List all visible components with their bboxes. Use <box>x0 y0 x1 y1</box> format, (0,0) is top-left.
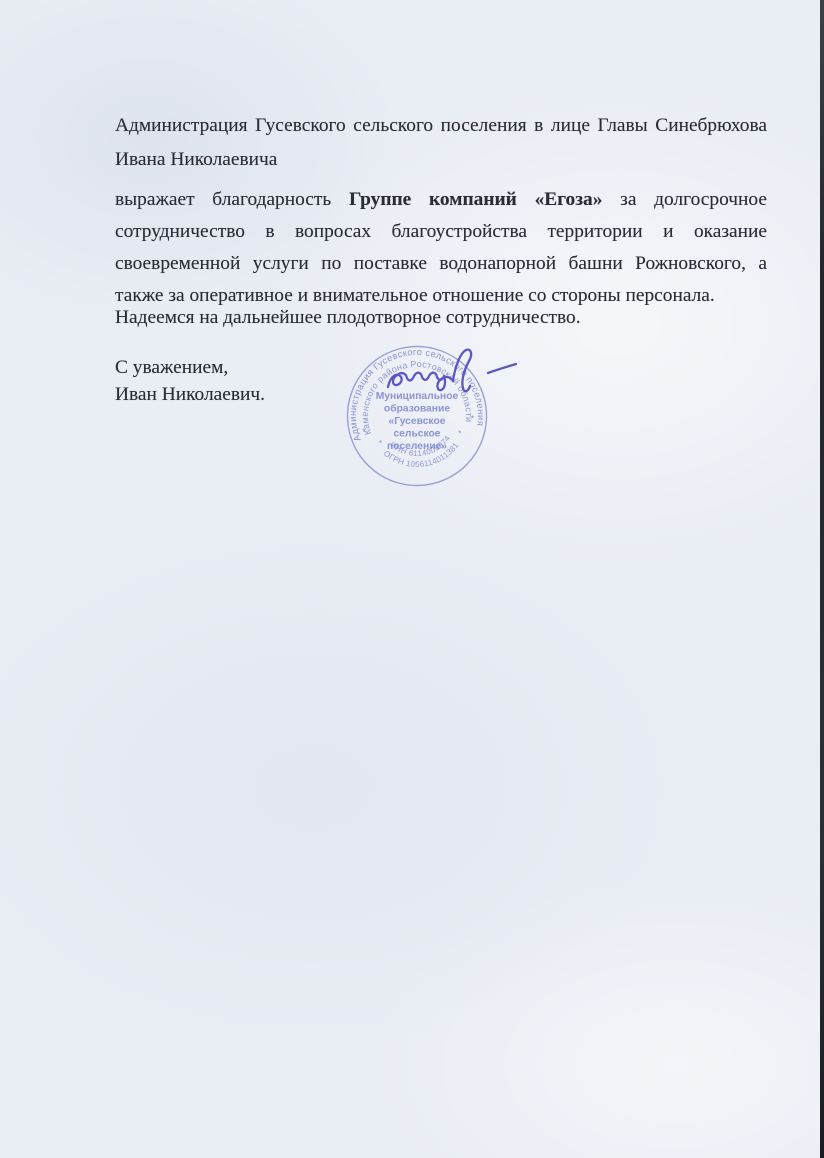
letter-line: Ивана Николаевича <box>115 143 767 177</box>
paragraph-hope: Надеемся на дальнейшее плодотворное сотр… <box>115 302 767 334</box>
stamp-star-right: * <box>470 413 475 423</box>
stamp-center-line: поселение» <box>387 441 447 452</box>
paragraph-intro: Администрация Гусевского сельского посел… <box>115 109 767 177</box>
scanned-letter-page: Администрация Гусевского сельского посел… <box>0 0 824 1158</box>
letter-line: выражает благодарность Группе компаний «… <box>115 184 767 216</box>
gratitude-text-post: за долгосрочное <box>620 189 767 210</box>
signature-dash <box>488 364 516 373</box>
handwritten-signature <box>375 333 525 411</box>
scan-edge-strip <box>820 0 824 1158</box>
signature-stroke <box>388 350 471 392</box>
company-name-bold: Группе компаний «Егоза» <box>349 189 602 210</box>
stamp-star-bottom-left: * <box>378 438 382 447</box>
letter-line: Администрация Гусевского сельского посел… <box>115 109 767 143</box>
gratitude-text-pre: выражает благодарность <box>115 189 331 210</box>
stamp-star-bottom-right: * <box>458 429 462 438</box>
stamp-center-line: сельское <box>393 429 440 440</box>
stamp-center-line: «Гусевское <box>389 416 446 427</box>
letter-line: своевременной услуги по поставке водонап… <box>115 248 767 280</box>
letter-line: сотрудничество в вопросах благоустройств… <box>115 216 767 248</box>
paragraph-gratitude: выражает благодарность Группе компаний «… <box>115 184 767 312</box>
